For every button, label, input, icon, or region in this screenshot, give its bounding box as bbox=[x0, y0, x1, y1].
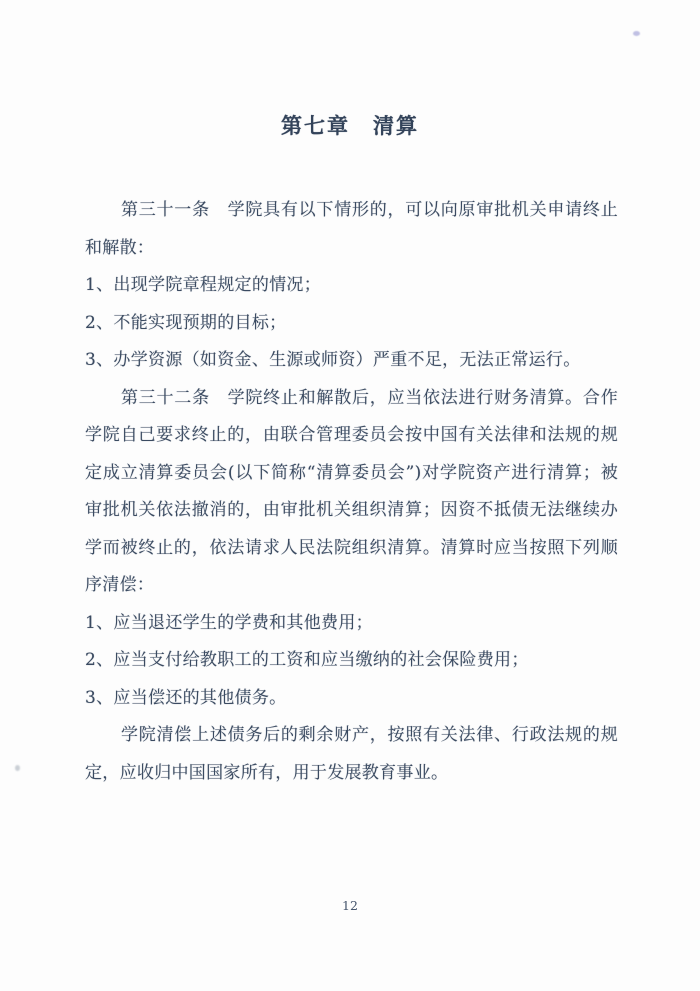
page-number: 12 bbox=[0, 898, 700, 913]
document-body: 第三十一条 学院具有以下情形的，可以向原审批机关申请终止和解散： 1、出现学院章… bbox=[85, 192, 618, 792]
article-31-item-2: 2、不能实现预期的目标； bbox=[85, 305, 618, 343]
article-31-item-3: 3、办学资源（如资金、生源或师资）严重不足，无法正常运行。 bbox=[85, 342, 618, 380]
document-page: 第七章 清算 第三十一条 学院具有以下情形的，可以向原审批机关申请终止和解散： … bbox=[0, 0, 700, 991]
article-32-item-3: 3、应当偿还的其他债务。 bbox=[85, 680, 618, 718]
article-32-item-2: 2、应当支付给教职工的工资和应当缴纳的社会保险费用； bbox=[85, 642, 618, 680]
scan-speck-icon bbox=[633, 31, 640, 36]
article-31-paragraph: 第三十一条 学院具有以下情形的，可以向原审批机关申请终止和解散： bbox=[85, 192, 618, 267]
scan-speck-icon bbox=[15, 765, 20, 771]
closing-paragraph: 学院清偿上述债务后的剩余财产，按照有关法律、行政法规的规定，应收归中国国家所有，… bbox=[85, 717, 618, 792]
article-32-paragraph: 第三十二条 学院终止和解散后，应当依法进行财务清算。合作学院自己要求终止的，由联… bbox=[85, 380, 618, 605]
article-31-item-1: 1、出现学院章程规定的情况； bbox=[85, 267, 618, 305]
article-32-item-1: 1、应当退还学生的学费和其他费用； bbox=[85, 605, 618, 643]
chapter-title: 第七章 清算 bbox=[0, 110, 700, 140]
